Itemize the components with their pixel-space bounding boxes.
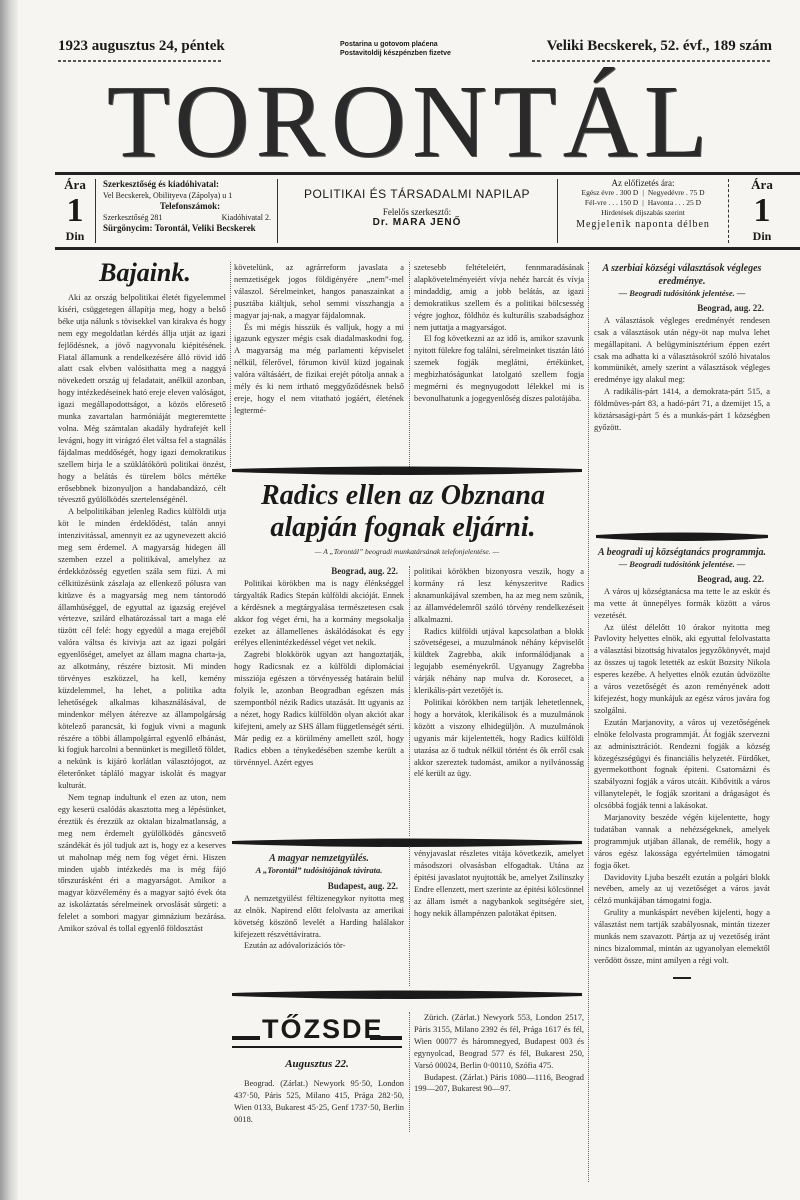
price-half: Fél-vre . . . 150 D bbox=[585, 198, 638, 208]
tozsde-title: TŐZSDE bbox=[262, 1014, 384, 1045]
article-kozsegtanacs: A beogradi uj községtanács programmja. —… bbox=[594, 546, 770, 979]
issue-number: Veliki Becskerek, 52. évf., 189 szám bbox=[547, 38, 772, 55]
article-byline: A „Torontál” tudósitójának távirata. bbox=[234, 865, 404, 877]
paragraph: szetesebb feltételeiért, fennmaradásának… bbox=[414, 262, 584, 333]
price-value: 1 bbox=[732, 193, 792, 229]
article-bajaink-col3: szetesebb feltételeiért, fennmaradásának… bbox=[414, 262, 584, 405]
phone-publisher: Kiadóhivatal 2. bbox=[222, 212, 271, 223]
office-info: Szerkesztőség és kiadóhivatal: Vel Becsk… bbox=[97, 175, 277, 247]
publication-frequency: Megjelenik naponta délben bbox=[558, 220, 728, 230]
paragraph: El fog következni az az idő is, amikor s… bbox=[414, 333, 584, 404]
paragraph: A város uj községtanácsa ma tette le az … bbox=[594, 586, 770, 622]
paragraph: Nem tegnap indultunk el ezen az uton, ne… bbox=[58, 792, 226, 935]
postal-line-2: Postavitoldij készpénzben fizetve bbox=[340, 49, 451, 58]
postal-line-1: Postarina u gotovom plaćena bbox=[340, 40, 451, 49]
info-bar: Ára 1 Din Szerkesztőség és kiadóhivatal:… bbox=[55, 172, 800, 250]
end-mark bbox=[673, 977, 691, 979]
column-rule bbox=[588, 262, 589, 1182]
ornamental-divider bbox=[232, 988, 582, 1002]
article-nemzetgyules-col2: vényjavaslat részletes vitája következik… bbox=[414, 848, 584, 919]
divider bbox=[95, 179, 96, 243]
article-nemzetgyules-col1: A magyar nemzetgyülés. A „Torontál” tudó… bbox=[234, 852, 404, 952]
paragraph: Marjanovity beszéde végén kijelentette, … bbox=[594, 812, 770, 872]
ornamental-divider bbox=[232, 464, 582, 478]
paragraph: Az ülést délelőtt 10 órakor nyitotta meg… bbox=[594, 622, 770, 717]
paragraph: Budapest. (Zárlat.) Páris 1080—1116, Beo… bbox=[414, 1072, 584, 1096]
article-bajaink-col2: követelünk, az agrárreform javaslata a n… bbox=[234, 262, 404, 417]
tozsde-date: Augusztus 22. bbox=[232, 1058, 402, 1070]
article-dateline: Beograd, aug. 22. bbox=[594, 303, 770, 315]
column-rule bbox=[230, 262, 231, 467]
page-binding-edge bbox=[0, 0, 18, 1200]
price-currency: Din bbox=[732, 229, 792, 244]
price-month: Havonta . . . 25 D bbox=[648, 198, 701, 208]
telegram-address: Sürgönycim: Torontál, Veliki Becskerek bbox=[103, 223, 256, 233]
subscription-box: Az előfizetés ára: Egész évre . 300 D|Ne… bbox=[558, 175, 728, 247]
article-dateline: Beograd, aug. 22. bbox=[594, 574, 770, 586]
tozsde-beograd: Beograd. (Zárlat.) Newyork 95·50, London… bbox=[234, 1078, 404, 1126]
article-title-szerbiai: A szerbiai községi választások végleges … bbox=[594, 262, 770, 288]
paragraph: Aki az ország belpolitikai életét figyel… bbox=[58, 292, 226, 506]
paragraph: vényjavaslat részletes vitája következik… bbox=[414, 848, 584, 919]
tozsde-logo: TŐZSDE bbox=[232, 1012, 402, 1052]
column-rule bbox=[409, 566, 410, 836]
divider bbox=[728, 179, 730, 243]
tozsde-zurich-budapest: Zürich. (Zárlat.) Newyork 553, London 25… bbox=[414, 1012, 584, 1095]
paragraph: A radikális-párt 1414, a demokrata-párt … bbox=[594, 386, 770, 434]
article-byline: — A „Torontál” beogradi munkatársának te… bbox=[232, 546, 582, 558]
article-szerbiai: A szerbiai községi választások végleges … bbox=[594, 262, 770, 434]
paragraph: Politikai körökben ma is nagy élénkségge… bbox=[234, 578, 404, 649]
article-radics-col2: politikai körökben bizonyosra veszik, ho… bbox=[414, 566, 584, 780]
paragraph: Ezután az adóvalorizációs tör- bbox=[234, 940, 404, 952]
ads-rate: Hirdetések díjszabás szerint bbox=[558, 208, 728, 218]
paragraph: Politikai körökben nem tartják lehetetle… bbox=[414, 697, 584, 780]
column-rule bbox=[409, 1012, 410, 1132]
article-title-bajaink: Bajaink. bbox=[70, 258, 220, 288]
radics-byline-box: — A „Torontál” beogradi munkatársának te… bbox=[232, 546, 582, 558]
article-bajaink-col1: Aki az ország belpolitikai életét figyel… bbox=[58, 292, 226, 935]
subscription-title: Az előfizetés ára: bbox=[558, 178, 728, 188]
paragraph: Grulity a munkáspárt nevében kijelenti, … bbox=[594, 907, 770, 967]
article-radics-col1: Beograd, aug. 22. Politikai körökben ma … bbox=[234, 566, 404, 768]
paragraph: követelünk, az agrárreform javaslata a n… bbox=[234, 262, 404, 322]
paragraph: Beograd. (Zárlat.) Newyork 95·50, London… bbox=[234, 1078, 404, 1126]
phone-editorial: Szerkesztőség 281 bbox=[103, 212, 162, 223]
newspaper-page: 1923 augusztus 24, péntek Postarina u go… bbox=[0, 0, 800, 1200]
article-byline: — Beogradi tudósitónk jelentése. — bbox=[594, 559, 770, 571]
masthead-title: TORONTÁL bbox=[70, 76, 750, 168]
phones-title: Telefonszámok: bbox=[160, 201, 220, 211]
price-box-left: Ára 1 Din bbox=[55, 175, 95, 247]
paragraph: Ezután Marjanovity, a város uj vezetőség… bbox=[594, 717, 770, 812]
paragraph: Davidovity Ljuba beszélt ezután a polgár… bbox=[594, 872, 770, 908]
logo-bar bbox=[232, 1036, 260, 1040]
paragraph: Zürich. (Zárlat.) Newyork 553, London 25… bbox=[414, 1012, 584, 1072]
office-title: Szerkesztőség és kiadóhivatal: bbox=[103, 179, 219, 189]
price-quarter: Negyedévre . 75 D bbox=[648, 188, 705, 198]
editor-name: Dr. MARA JENŐ bbox=[277, 217, 557, 228]
paragraph: És mi mégis hisszük és valljuk, hogy a m… bbox=[234, 322, 404, 417]
price-label: Ára bbox=[55, 177, 95, 193]
paragraph: politikai körökben bizonyosra veszik, ho… bbox=[414, 566, 584, 626]
paragraph: A belpolitikában jelenleg Radics külföld… bbox=[58, 506, 226, 792]
paragraph: Zagrebi blokkörök ugyan azt hangoztatják… bbox=[234, 649, 404, 768]
article-byline: — Beogradi tudósitónk jelentése. — bbox=[594, 288, 770, 300]
article-title-kozsegtanacs: A beogradi uj községtanács programmja. bbox=[594, 546, 770, 559]
paper-tagline: POLITIKAI ÉS TÁRSADALMI NAPILAP bbox=[277, 187, 557, 201]
price-value: 1 bbox=[55, 193, 95, 229]
price-label: Ára bbox=[732, 177, 792, 193]
paragraph: A választások végleges eredményét rendes… bbox=[594, 315, 770, 386]
article-title-radics: Radics ellen az Obznana alapján fognak e… bbox=[228, 480, 578, 544]
article-dateline: Budapest, aug. 22. bbox=[234, 881, 404, 893]
editor-label: Felelős szerkesztő: bbox=[277, 207, 557, 217]
office-address: Vel Becskerek, Obilityeva (Zápolya) u 1 bbox=[103, 190, 277, 201]
logo-underline bbox=[232, 1046, 402, 1048]
column-rule bbox=[409, 262, 410, 467]
paragraph: A nemzetgyülést féltizenegykor nyitotta … bbox=[234, 893, 404, 941]
paper-tagline-box: POLITIKAI ÉS TÁRSADALMI NAPILAP Felelős … bbox=[277, 175, 557, 247]
article-title-nemzetgyules: A magyar nemzetgyülés. bbox=[234, 852, 404, 865]
column-rule bbox=[409, 846, 410, 986]
postal-note: Postarina u gotovom plaćena Postavitoldi… bbox=[340, 40, 451, 58]
article-dateline: Beograd, aug. 22. bbox=[234, 566, 404, 578]
decorative-dash bbox=[532, 60, 772, 62]
price-box-right: Ára 1 Din bbox=[732, 175, 792, 247]
ornamental-divider bbox=[596, 530, 768, 544]
paragraph: Radics külföldi utjával kapcsolatban a b… bbox=[414, 626, 584, 697]
price-currency: Din bbox=[55, 229, 95, 244]
decorative-dash bbox=[58, 60, 223, 62]
logo-bar bbox=[370, 1036, 402, 1040]
price-year: Egész évre . 300 D bbox=[581, 188, 638, 198]
issue-date: 1923 augusztus 24, péntek bbox=[58, 38, 225, 55]
